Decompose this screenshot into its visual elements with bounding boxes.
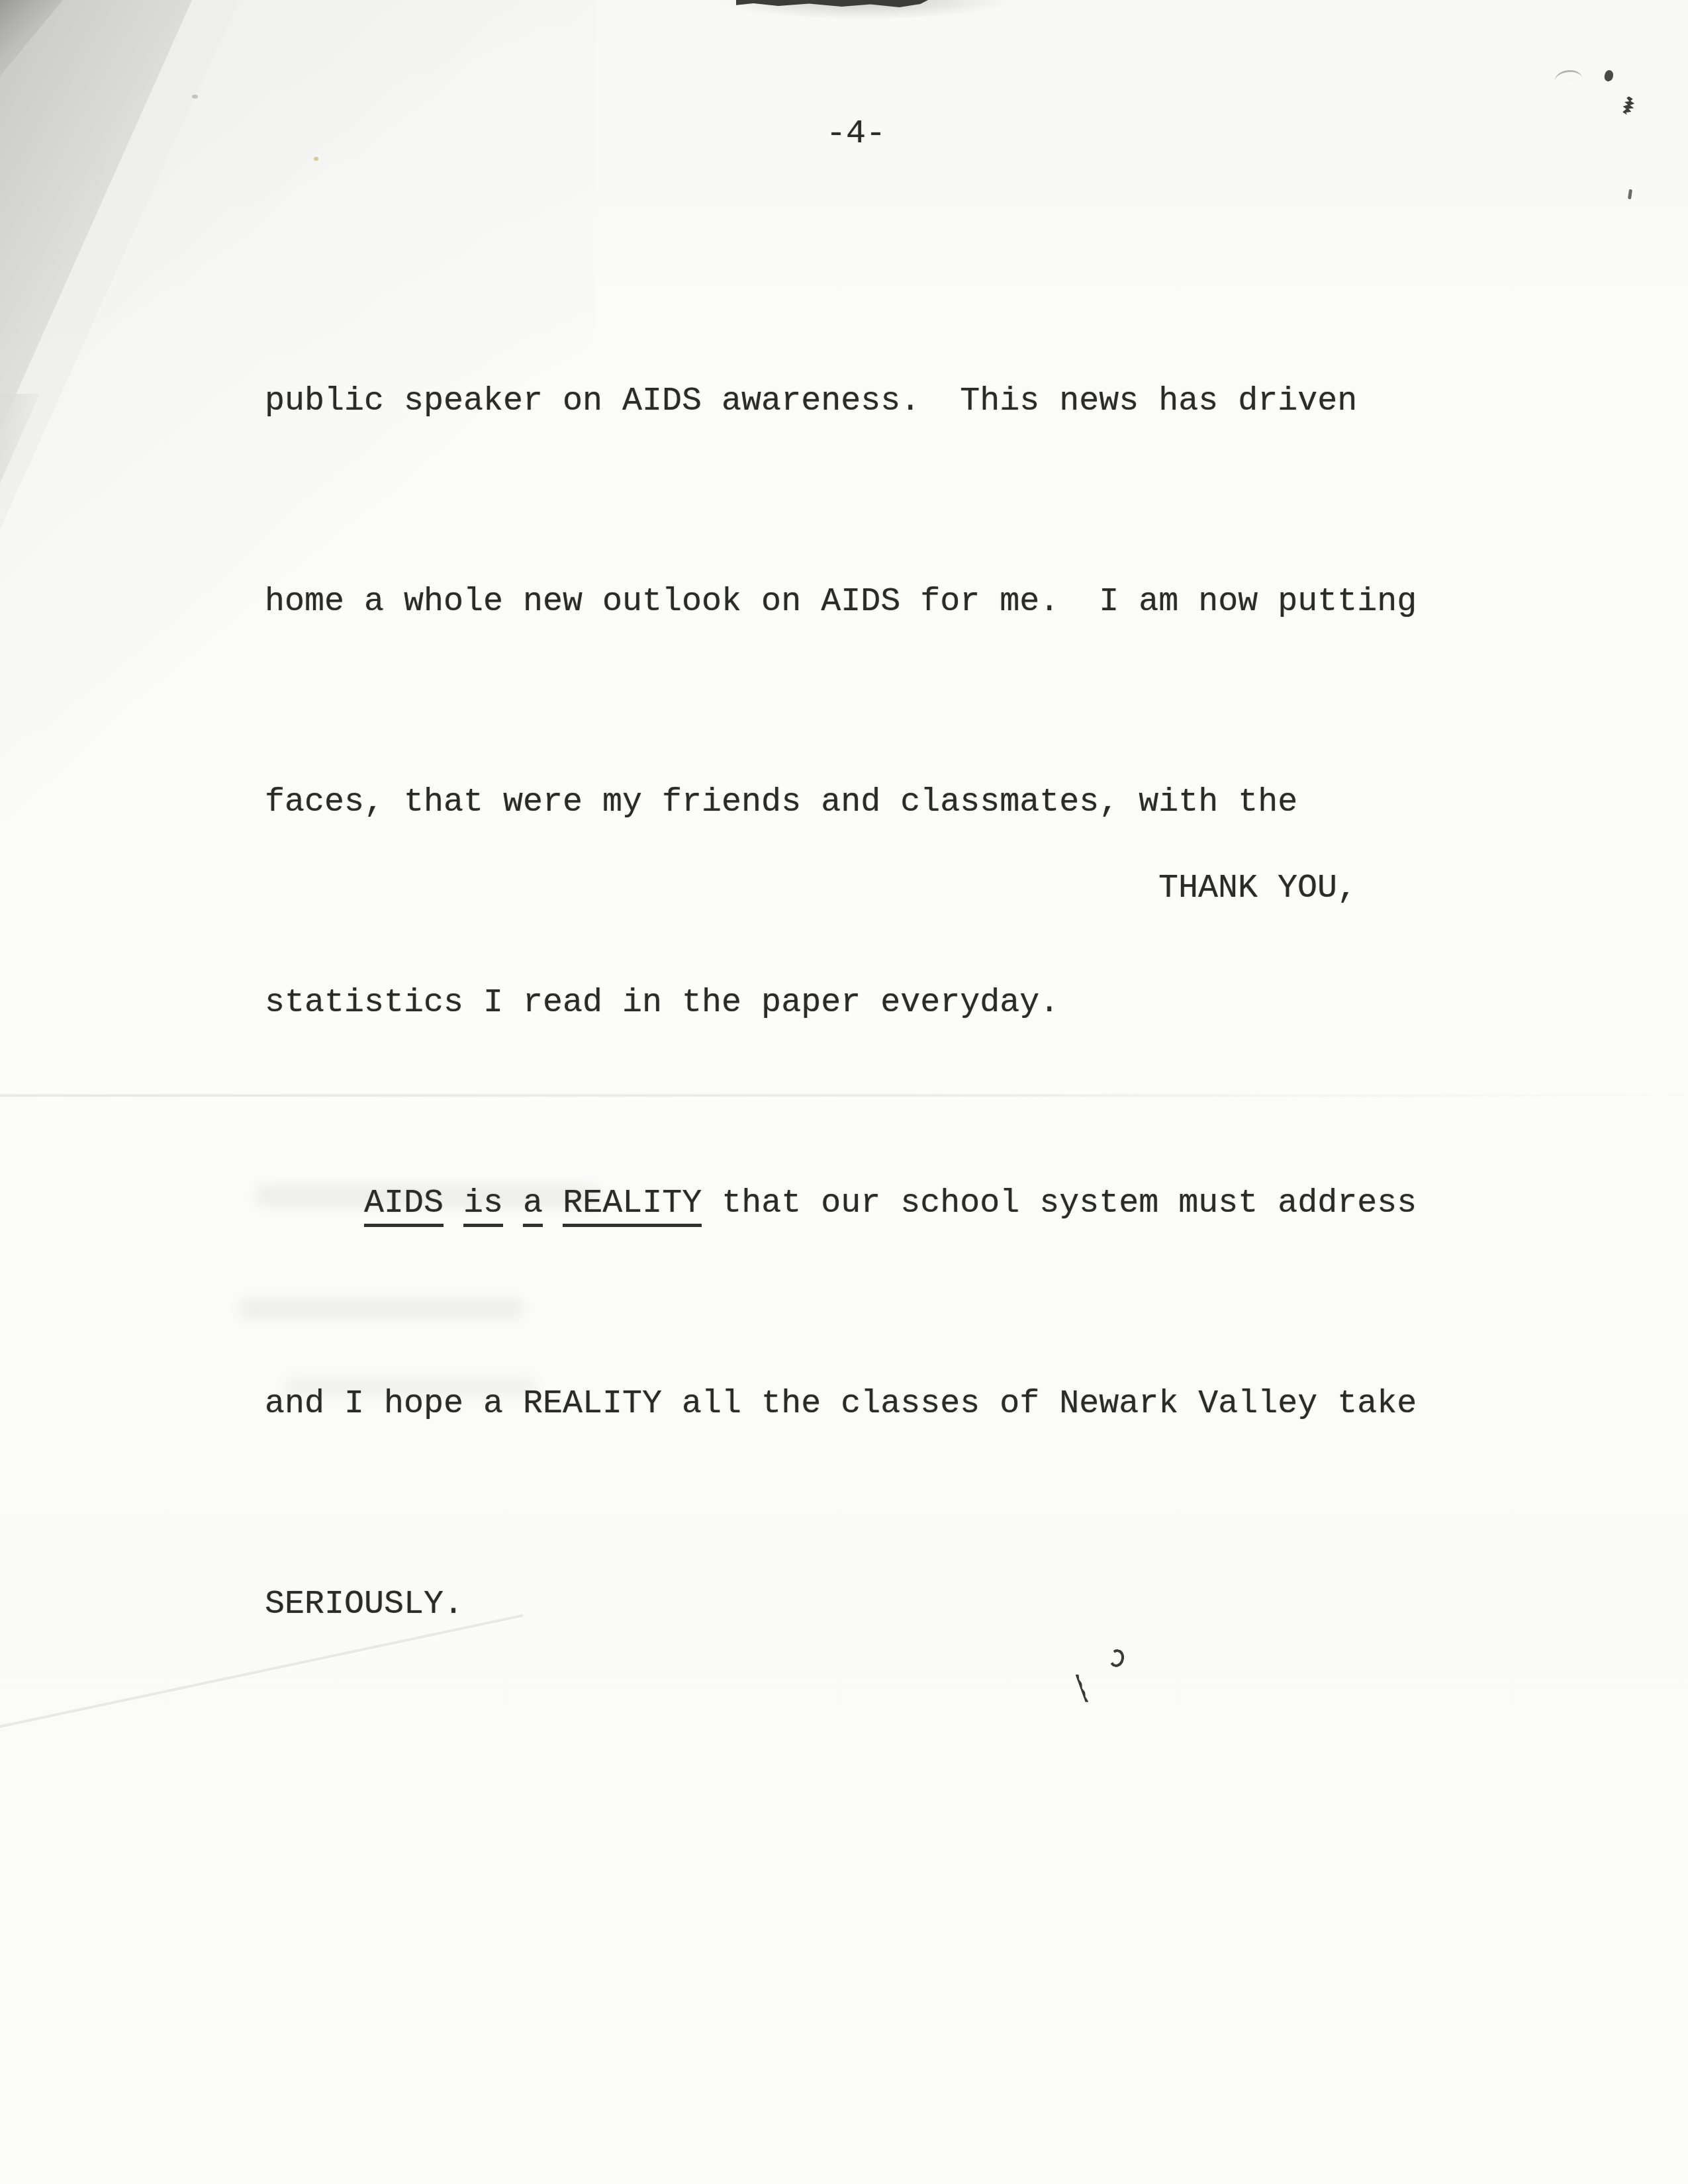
closing-salutation: THANK YOU, bbox=[1158, 855, 1357, 922]
letter-line-1: public speaker on AIDS awareness. This n… bbox=[265, 368, 1417, 435]
letter-line-2: home a whole new outlook on AIDS for me.… bbox=[265, 569, 1417, 635]
letter-line-6: and I hope a REALITY all the classes of … bbox=[265, 1371, 1417, 1437]
letter-line-4: statistics I read in the paper everyday. bbox=[265, 970, 1417, 1036]
ink-speck-small bbox=[1628, 189, 1632, 200]
underlined-word-reality: REALITY bbox=[563, 1185, 702, 1227]
ink-scribble-speck bbox=[1621, 95, 1636, 116]
line-rest: that our school system must address bbox=[702, 1185, 1417, 1222]
fold-shadow-triangle bbox=[0, 0, 192, 430]
underlined-word-is: is bbox=[463, 1185, 503, 1227]
underlined-word-aids: AIDS bbox=[364, 1185, 444, 1227]
letter-line-3: faces, that were my friends and classmat… bbox=[265, 769, 1417, 836]
scanned-letter-page: -4- public speaker on AIDS awareness. Th… bbox=[0, 0, 1688, 2184]
underlined-word-a: a bbox=[523, 1185, 543, 1227]
letter-body: public speaker on AIDS awareness. This n… bbox=[265, 234, 1417, 1772]
paper-speck-yellow bbox=[314, 157, 318, 161]
word-space bbox=[503, 1185, 523, 1222]
ink-speck-curve bbox=[1554, 69, 1582, 81]
paper-speck-gray bbox=[192, 95, 198, 99]
word-space bbox=[543, 1185, 563, 1222]
word-space bbox=[444, 1185, 463, 1222]
paragraph-indent bbox=[265, 1185, 364, 1222]
letter-line-5: AIDS is a REALITY that our school system… bbox=[265, 1170, 1417, 1237]
ink-speck bbox=[1603, 69, 1615, 82]
letter-line-7: SERIOUSLY. bbox=[265, 1571, 1417, 1638]
page-number: -4- bbox=[826, 101, 886, 167]
